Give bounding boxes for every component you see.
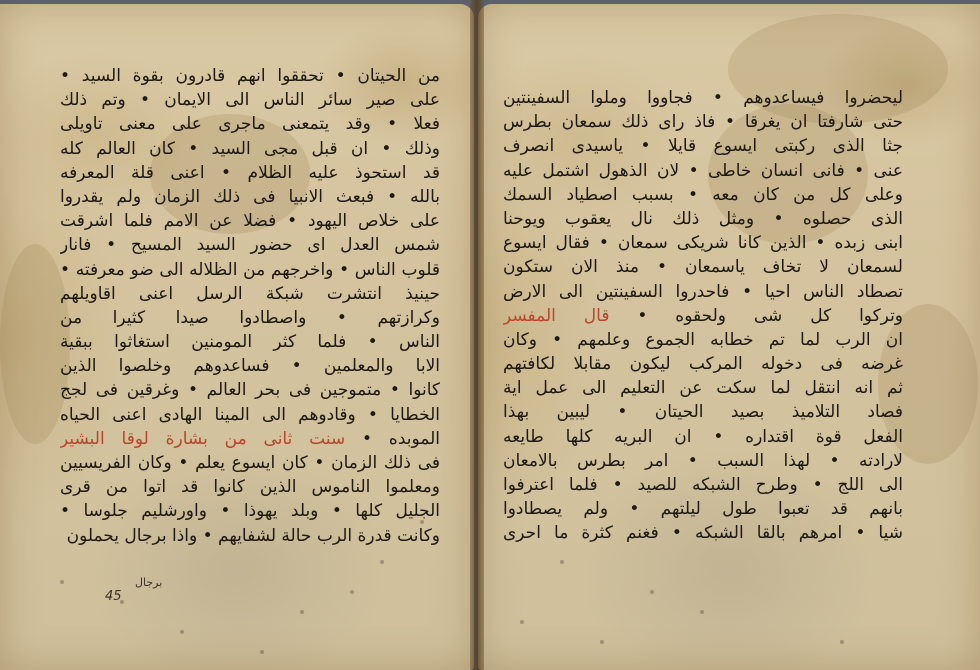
foxing-spot	[600, 640, 604, 644]
text-line: فصاد التلاميذ بصيد الحيتان • ليبين بهذا	[503, 400, 903, 424]
text-line: وعلى كل من كان معه • بسبب اصطياد السمك	[503, 183, 903, 207]
text-line: على صير سائر الناس الى الايمان • وتم ذلك	[60, 88, 440, 112]
foxing-spot	[380, 560, 384, 564]
foxing-spot	[700, 610, 704, 614]
foxing-spot	[260, 650, 264, 654]
text-line: فعلا • وقد يتمعنى ماجرى على معنى تاويلى	[60, 112, 440, 136]
foxing-spot	[520, 620, 524, 624]
text-line: حتى شارفتا ان يغرقا • فاذ راى ذلك سمعان …	[503, 110, 903, 134]
left-page: من الحيتان • تحققوا انهم قادرون بقوة الس…	[0, 4, 474, 670]
text-line: الجليل كلها • وبلد يهوذا • واورشليم جلوس…	[60, 499, 440, 523]
text-line: وتركوا كل شى ولحقوه • قال المفسر	[503, 304, 903, 328]
left-page-text: من الحيتان • تحققوا انهم قادرون بقوة الس…	[60, 64, 440, 548]
text-line: ان الرب لما تم خطابه الجموع وعلمهم • وكا…	[503, 328, 903, 352]
text-line: ابنى زبده • الذين كانا شريكى سمعان • فقا…	[503, 231, 903, 255]
foxing-spot	[60, 580, 64, 584]
text-line: وذلك • ان قبل مجى السيد • كان العالم كله	[60, 137, 440, 161]
text-line: ليحضروا فيساعدوهم • فجاووا وملوا السفينت…	[503, 86, 903, 110]
rubric-heading: سنت ثانى من بشارة لوقا البشير	[60, 429, 345, 449]
text-line: وكانت قدرة الرب حالة لشفايهم • واذا برجا…	[60, 524, 440, 548]
text-line: غرضه فى دخوله المركب ليكون مقابلا لكافته…	[503, 352, 903, 376]
line-body: وتركوا كل شى ولحقوه •	[609, 306, 903, 326]
line-body: الموبده •	[345, 429, 440, 449]
text-line: لسمعان لا تخاف ياسمعان • منذ الان ستكون	[503, 255, 903, 279]
text-line: وكرازتهم • واصطادوا صيدا كثيرا من	[60, 306, 440, 330]
foxing-spot	[840, 640, 844, 644]
text-line: الفعل قوة اقتداره • ان البريه كلها طايعه	[503, 425, 903, 449]
foxing-spot	[120, 600, 124, 604]
book-gutter	[470, 0, 484, 670]
text-line: من الحيتان • تحققوا انهم قادرون بقوة الس…	[60, 64, 440, 88]
text-line: فى ذلك الزمان • كان ايسوع يعلم • وكان ال…	[60, 451, 440, 475]
right-page: ليحضروا فيساعدوهم • فجاووا وملوا السفينت…	[478, 4, 980, 670]
text-line: الى اللج • وطرح الشبكه للصيد • فلما اعتر…	[503, 473, 903, 497]
text-line: كانوا • متموجين فى بحر العالم • وغرقين ف…	[60, 378, 440, 402]
text-line: الابا والمعلمين • فساعدوهم وخلصوا الذين	[60, 354, 440, 378]
text-line: الناس • فلما كثر المومنين استغاثوا ببقية	[60, 330, 440, 354]
text-line: حينيذ انتشرت شبكة الرسل اعنى اقاويلهم	[60, 282, 440, 306]
text-line: بانهم قد تعبوا طول ليلتهم • ولم يصطادوا	[503, 497, 903, 521]
manuscript-spread: من الحيتان • تحققوا انهم قادرون بقوة الس…	[0, 0, 980, 670]
foxing-spot	[180, 630, 184, 634]
text-line: على خلاص اليهود • فضلا عن الامم فلما اشر…	[60, 209, 440, 233]
text-line: الموبده • سنت ثانى من بشارة لوقا البشير	[60, 427, 440, 451]
text-line: قلوب الناس • واخرجهم من الظلاله الى ضو م…	[60, 258, 440, 282]
foxing-spot	[650, 590, 654, 594]
text-line: قد استحوذ عليه الظلام • اعنى قلة المعرفه	[60, 161, 440, 185]
text-line: عنى • فانى انسان خاطى • لان الذهول اشتمل…	[503, 159, 903, 183]
text-line: الذى حصلوه • ومثل ذلك نال يعقوب ويوحنا	[503, 207, 903, 231]
text-line: جثا الذى ركبتى ايسوع قايلا • ياسيدى انصر…	[503, 134, 903, 158]
foxing-spot	[350, 590, 354, 594]
foxing-spot	[300, 610, 304, 614]
text-line: الخطايا • وقادوهم الى المينا الهادى اعنى…	[60, 403, 440, 427]
foxing-spot	[420, 520, 424, 524]
text-line: تصطاد الناس احيا • فاحدروا السفينتين الى…	[503, 280, 903, 304]
text-line: ثم انه انتقل لما سكت عن التعليم الى عمل …	[503, 376, 903, 400]
text-line: شيا • امرهم بالقا الشبكه • فغنم كثرة ما …	[503, 521, 903, 545]
text-line: شمس العدل اى حضور السيد المسيح • فانار	[60, 233, 440, 257]
text-line: بالله • فبعث الانبيا فى ذلك الزمان ولم ي…	[60, 185, 440, 209]
rubric-heading: قال المفسر	[503, 306, 609, 326]
text-line: لارادته • لهذا السبب • امر بطرس بالامعان	[503, 449, 903, 473]
right-page-text: ليحضروا فيساعدوهم • فجاووا وملوا السفينت…	[503, 86, 903, 546]
foxing-spot	[560, 560, 564, 564]
marginal-note: برجال	[135, 576, 162, 589]
text-line: ومعلموا الناموس الذين كانوا قد اتوا من ق…	[60, 475, 440, 499]
